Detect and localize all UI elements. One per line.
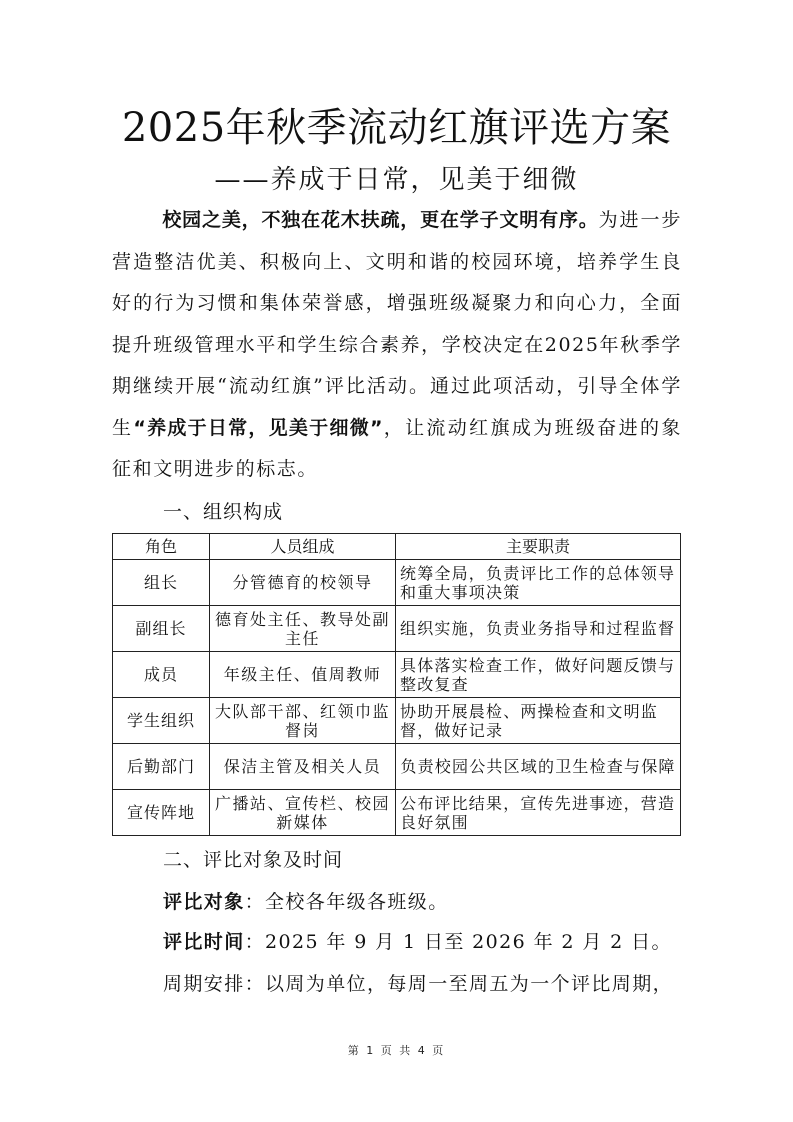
document-page: 2025年秋季流动红旗评选方案 ——养成于日常，见美于细微 校园之美，不独在花木… — [0, 0, 793, 1122]
cell-duty: 组织实施，负责业务指导和过程监督 — [396, 606, 681, 652]
cell-members: 德育处主任、教导处副主任 — [210, 606, 396, 652]
organization-table: 角色 人员组成 主要职责 组长 分管德育的校领导 统筹全局，负责评比工作的总体领… — [112, 533, 681, 836]
cycle-schedule-line: 周期安排：以周为单位，每周一至周五为一个评比周期， — [163, 966, 673, 1002]
table-row: 副组长 德育处主任、教导处副主任 组织实施，负责业务指导和过程监督 — [113, 606, 681, 652]
document-title: 2025年秋季流动红旗评选方案 — [0, 102, 793, 154]
cell-duty: 具体落实检查工作，做好问题反馈与整改复查 — [396, 652, 681, 698]
intro-text-1: 为进一步营造整洁优美、积极向上、文明和谐的校园环境，培养学生良好的行为习惯和集体… — [112, 209, 682, 439]
cell-role: 成员 — [113, 652, 210, 698]
evaluation-target-line: 评比对象：全校各年级各班级。 — [163, 884, 449, 920]
evaluation-time-line: 评比时间：2025 年 9 月 1 日至 2026 年 2 月 2 日。 — [163, 924, 672, 960]
cell-members: 保洁主管及相关人员 — [210, 744, 396, 790]
cell-role: 宣传阵地 — [113, 790, 210, 836]
table-row: 宣传阵地 广播站、宣传栏、校园新媒体 公布评比结果，宣传先进事迹，营造良好氛围 — [113, 790, 681, 836]
evaluation-target-value: ：全校各年级各班级。 — [245, 891, 449, 913]
cell-members: 大队部干部、红领巾监督岗 — [210, 698, 396, 744]
intro-bold-lead: 校园之美，不独在花木扶疏，更在学子文明有序。 — [162, 209, 599, 231]
document-subtitle: ——养成于日常，见美于细微 — [0, 160, 793, 200]
header-role: 角色 — [113, 534, 210, 560]
evaluation-target-label: 评比对象 — [163, 891, 245, 913]
cycle-schedule-label: 周期安排 — [163, 973, 245, 995]
cycle-schedule-value: ：以周为单位，每周一至周五为一个评比周期， — [245, 973, 673, 995]
cell-role: 学生组织 — [113, 698, 210, 744]
intro-bold-quote: “养成于日常，见美于细微” — [133, 417, 383, 439]
evaluation-time-label: 评比时间 — [163, 931, 245, 953]
header-duty: 主要职责 — [396, 534, 681, 560]
header-members: 人员组成 — [210, 534, 396, 560]
section-2-heading: 二、评比对象及时间 — [163, 842, 343, 878]
table-header-row: 角色 人员组成 主要职责 — [113, 534, 681, 560]
evaluation-time-value: ：2025 年 9 月 1 日至 2026 年 2 月 2 日。 — [245, 931, 672, 953]
cell-duty: 协助开展晨检、两操检查和文明监督，做好记录 — [396, 698, 681, 744]
cell-role: 副组长 — [113, 606, 210, 652]
section-1-heading: 一、组织构成 — [163, 494, 283, 530]
cell-duty: 负责校园公共区域的卫生检查与保障 — [396, 744, 681, 790]
cell-members: 分管德育的校领导 — [210, 560, 396, 606]
page-number-footer: 第 1 页 共 4 页 — [0, 1042, 793, 1058]
cell-duty: 公布评比结果，宣传先进事迹，营造良好氛围 — [396, 790, 681, 836]
cell-members: 年级主任、值周教师 — [210, 652, 396, 698]
cell-duty: 统筹全局，负责评比工作的总体领导和重大事项决策 — [396, 560, 681, 606]
cell-role: 后勤部门 — [113, 744, 210, 790]
table-row: 成员 年级主任、值周教师 具体落实检查工作，做好问题反馈与整改复查 — [113, 652, 681, 698]
cell-members: 广播站、宣传栏、校园新媒体 — [210, 790, 396, 836]
cell-role: 组长 — [113, 560, 210, 606]
table-row: 学生组织 大队部干部、红领巾监督岗 协助开展晨检、两操检查和文明监督，做好记录 — [113, 698, 681, 744]
table-row: 后勤部门 保洁主管及相关人员 负责校园公共区域的卫生检查与保障 — [113, 744, 681, 790]
table-row: 组长 分管德育的校领导 统筹全局，负责评比工作的总体领导和重大事项决策 — [113, 560, 681, 606]
intro-paragraph: 校园之美，不独在花木扶疏，更在学子文明有序。为进一步营造整洁优美、积极向上、文明… — [112, 200, 682, 491]
